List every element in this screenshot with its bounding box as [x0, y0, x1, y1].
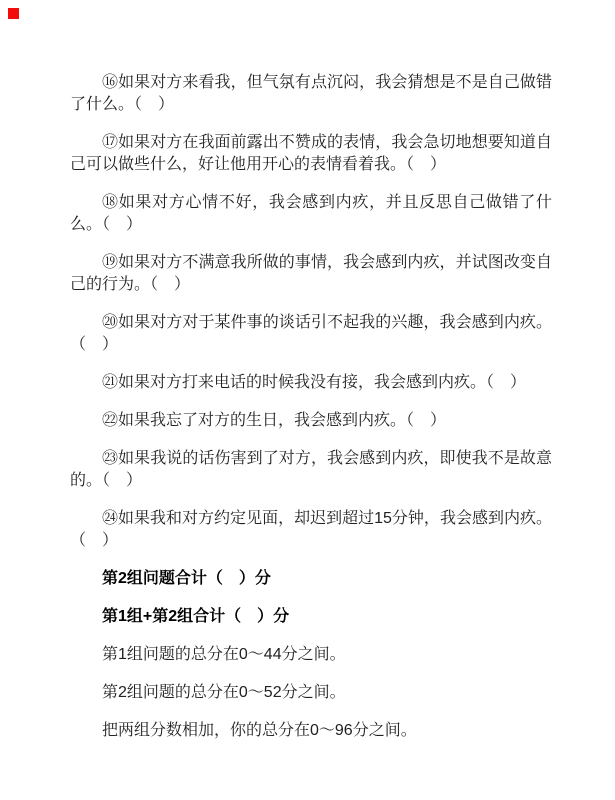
group1-plus-group2-total-line: 第1组+第2组合计（ ）分 — [70, 606, 552, 628]
document-page: ⑯如果对方来看我，但气氛有点沉闷，我会猜想是不是自己做错了什么。（ ） ⑰如果对… — [0, 0, 615, 800]
note-group2-range: 第2组问题的总分在0～52分之间。 — [70, 682, 552, 704]
question-paragraph-22: ㉒如果我忘了对方的生日，我会感到内疚。（ ） — [70, 410, 552, 432]
document-content: ⑯如果对方来看我，但气氛有点沉闷，我会猜想是不是自己做错了什么。（ ） ⑰如果对… — [70, 72, 552, 758]
question-paragraph-18: ⑱如果对方心情不好，我会感到内疚，并且反思自己做错了什么。（ ） — [70, 192, 552, 236]
question-paragraph-16: ⑯如果对方来看我，但气氛有点沉闷，我会猜想是不是自己做错了什么。（ ） — [70, 72, 552, 116]
question-paragraph-20: ⑳如果对方对于某件事的谈话引不起我的兴趣，我会感到内疚。（ ） — [70, 312, 552, 356]
group2-total-line: 第2组问题合计（ ）分 — [70, 568, 552, 590]
question-paragraph-17: ⑰如果对方在我面前露出不赞成的表情，我会急切地想要知道自己可以做些什么，好让他用… — [70, 132, 552, 176]
question-paragraph-23: ㉓如果我说的话伤害到了对方，我会感到内疚，即使我不是故意的。（ ） — [70, 448, 552, 492]
question-paragraph-21: ㉑如果对方打来电话的时候我没有接，我会感到内疚。（ ） — [70, 372, 552, 394]
question-paragraph-24: ㉔如果我和对方约定见面，却迟到超过15分钟，我会感到内疚。（ ） — [70, 508, 552, 552]
note-total-range: 把两组分数相加，你的总分在0～96分之间。 — [70, 720, 552, 742]
red-square-marker — [8, 8, 19, 19]
note-group1-range: 第1组问题的总分在0～44分之间。 — [70, 644, 552, 666]
question-paragraph-19: ⑲如果对方不满意我所做的事情，我会感到内疚，并试图改变自己的行为。（ ） — [70, 252, 552, 296]
